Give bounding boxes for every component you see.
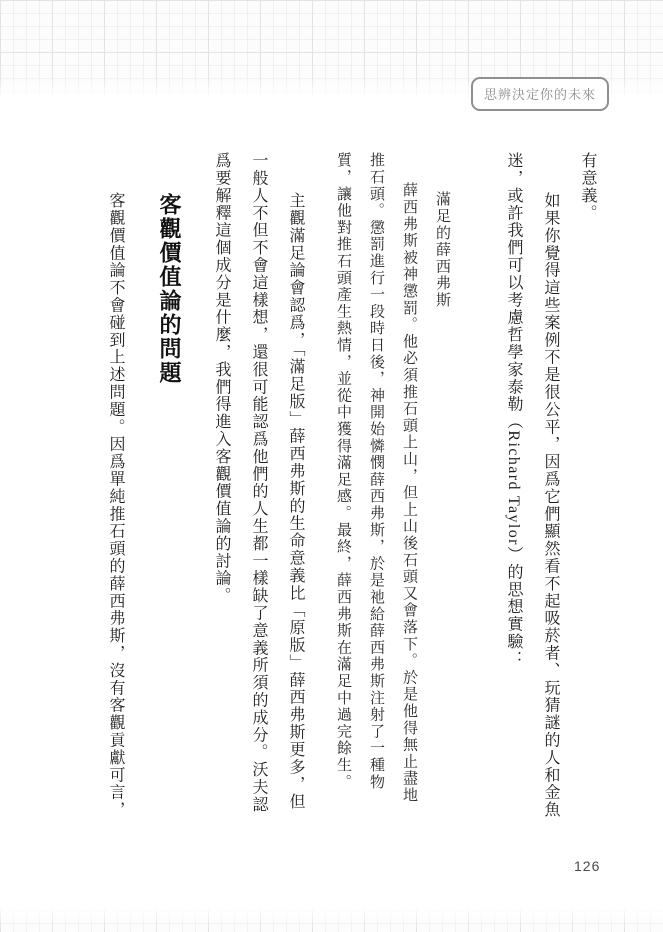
chapter-header-badge: 思辨決定你的未來 — [471, 77, 609, 111]
paragraph-continuation: 有意義。 — [569, 152, 606, 820]
book-scan-screen: 思辨決定你的未來 有意義。 如果你覺得這些案例不是很公平，因爲它們顯然看不起吸菸… — [0, 0, 663, 932]
quote-body: 薛西弗斯被神懲罰。他必須推石頭上山，但上山後石頭又會落下。於是他得無止盡地推石頭… — [326, 152, 425, 820]
page-number: 126 — [574, 858, 600, 874]
paragraph-objection: 客觀價值論不會碰到上述問題。因爲單純推石頭的薛西弗斯，沒有客觀貢獻可言， — [97, 152, 134, 820]
quote-block: 滿足的薛西弗斯 薛西弗斯被神懲罰。他必須推石頭上山，但上山後石頭又會落下。於是他… — [326, 152, 458, 820]
quote-title: 滿足的薛西弗斯 — [425, 152, 458, 820]
paragraph-intro: 如果你覺得這些案例不是很公平，因爲它們顯然看不起吸菸者、玩猜謎的人和金魚迷，或許… — [495, 152, 569, 820]
paragraph-discussion: 主觀滿足論會認爲，「滿足版」薛西弗斯的生命意義比「原版」薛西弗斯更多，但一般人不… — [203, 152, 314, 820]
page-content: 有意義。 如果你覺得這些案例不是很公平，因爲它們顯然看不起吸菸者、玩猜謎的人和金… — [97, 152, 606, 820]
section-heading: 客觀價值論的問題 — [147, 152, 191, 820]
